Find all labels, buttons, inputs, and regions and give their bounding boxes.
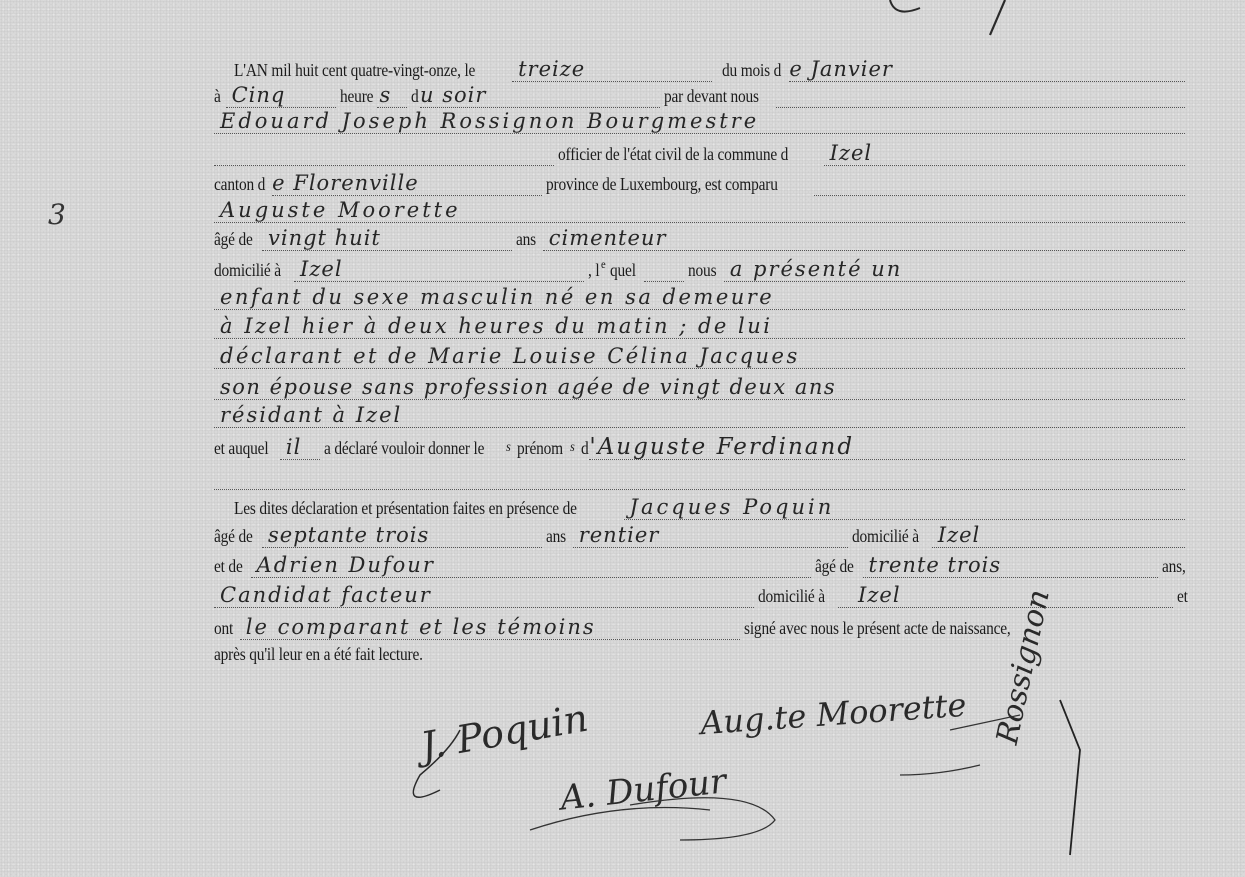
line-given-names: et auquel il a déclaré vouloir donner le… [214, 434, 1189, 460]
printed-text: du mois d [722, 60, 781, 82]
printed-text: âgé de [815, 556, 854, 578]
signature-flourish [380, 690, 1140, 877]
field-witness-1-name: Jacques Poquin [624, 493, 1185, 520]
field-narrative: déclarant et de Marie Louise Célina Jacq… [214, 342, 1185, 369]
printed-text: ont [214, 618, 233, 640]
field-blank [214, 139, 554, 166]
field-profession: cimenteur [543, 224, 1185, 251]
line-witness-intro: Les dites déclaration et présentation fa… [234, 494, 1189, 520]
margin-act-number: 3 [48, 198, 66, 231]
line-narrative-2: à Izel hier à deux heures du matin ; de … [214, 313, 1189, 339]
line-witness-2: et de Adrien Dufour âgé de trente trois … [214, 552, 1189, 578]
field-age: vingt huit [262, 224, 512, 251]
line-declarant-age: âgé de vingt huit ans cimenteur [214, 225, 1189, 251]
field-narrative: résidant à Izel [214, 401, 1185, 428]
field-commune: Izel [824, 139, 1185, 166]
field-blank [214, 463, 1185, 490]
field-declarant-name: Auguste Moorette [214, 196, 1185, 223]
line-blank [214, 464, 1189, 490]
line-declarant: Auguste Moorette [214, 197, 1189, 223]
line-witness-1: âgé de septante trois ans rentier domici… [214, 522, 1189, 548]
field-blank [776, 81, 1185, 108]
printed-text: domicilié à [214, 260, 281, 282]
printed-text: à [214, 86, 221, 108]
line-commune: officier de l'état civil de la commune d… [214, 140, 1189, 166]
printed-text: quel [610, 260, 636, 282]
printed-text: âgé de [214, 526, 253, 548]
printed-text: et auquel [214, 438, 268, 460]
line-canton: canton d e Florenville province de Luxem… [214, 170, 1189, 196]
printed-text: officier de l'état civil de la commune d [558, 144, 788, 166]
field-month: e Janvier [789, 55, 1185, 82]
printed-text: domicilié à [852, 526, 919, 548]
field-pronoun: il [280, 433, 320, 460]
printed-text: heure [340, 86, 373, 108]
printed-text: domicilié à [758, 586, 825, 608]
field-blank [814, 169, 1185, 196]
line-time: à Cinq heure s d u soir par devant nous [214, 82, 1189, 108]
line-officer-name: Edouard Joseph Rossignon Bourgmestre [214, 108, 1189, 134]
field-blank [644, 255, 684, 282]
field-witness-2-profession: Candidat facteur [214, 581, 754, 608]
field-canton: e Florenville [272, 169, 542, 196]
field-witness-1-profession: rentier [573, 521, 848, 548]
field-officer-name: Edouard Joseph Rossignon Bourgmestre [214, 107, 1185, 134]
field-day: treize [512, 55, 712, 82]
field-hour: Cinq [226, 81, 336, 108]
printed-text: signé avec nous le présent acte de naiss… [744, 618, 1011, 640]
field-witness-2-age: trente trois [863, 551, 1159, 578]
field-narrative: enfant du sexe masculin né en sa demeure [214, 283, 1185, 310]
field-time-of-day: u soir [420, 81, 660, 108]
handwritten-insert: s [570, 438, 575, 460]
field-domicile: Izel [294, 255, 584, 282]
printed-text: nous [688, 260, 716, 282]
field-witness-1-age: septante trois [262, 521, 542, 548]
printed-text: prénom [517, 438, 563, 460]
printed-text: âgé de [214, 229, 253, 251]
printed-text: et de [214, 556, 243, 578]
printed-text: d [411, 86, 419, 108]
field-given-names: 'Auguste Ferdinand [589, 433, 1185, 460]
line-narrative-4: son épouse sans profession agée de vingt… [214, 374, 1189, 400]
field-narrative: son épouse sans profession agée de vingt… [214, 373, 1185, 400]
line-narrative-1: enfant du sexe masculin né en sa demeure [214, 284, 1189, 310]
field-witness-1-domicile: Izel [932, 521, 1185, 548]
printed-text: après qu'il leur en a été fait lecture. [214, 644, 423, 666]
printed-text: Les dites déclaration et présentation fa… [234, 498, 577, 520]
field-signers: le comparant et les témoins [240, 613, 740, 640]
printed-text: province de Luxembourg, est comparu [546, 174, 778, 196]
line-narrative-5: résidant à Izel [214, 402, 1189, 428]
printed-text: ans [516, 229, 536, 251]
handwritten-insert: e [601, 254, 606, 282]
printed-text: L'AN mil huit cent quatre-vingt-onze, le [234, 60, 475, 82]
field-narrative: à Izel hier à deux heures du matin ; de … [214, 312, 1185, 339]
printed-text: ans, [1162, 556, 1186, 578]
birth-certificate-page: 3 L'AN mil huit cent quatre-vingt-onze, … [0, 0, 1245, 877]
printed-text: d [581, 438, 589, 460]
field-hour-suffix: s [377, 81, 407, 108]
field-witness-2-domicile: Izel [838, 581, 1173, 608]
handwritten-insert: s [506, 438, 511, 460]
printed-text: a déclaré vouloir donner le [324, 438, 484, 460]
field-witness-2-name: Adrien Dufour [251, 551, 811, 578]
line-date: L'AN mil huit cent quatre-vingt-onze, le… [234, 56, 1189, 82]
printed-text: , l [588, 260, 599, 282]
printed-text: et [1177, 586, 1188, 608]
printed-text: ans [546, 526, 566, 548]
printed-text: par devant nous [664, 86, 759, 108]
line-domicile: domicilié à Izel , l e quel nous a prése… [214, 256, 1189, 282]
line-narrative-3: déclarant et de Marie Louise Célina Jacq… [214, 343, 1189, 369]
top-ink-stroke [880, 0, 1020, 45]
field-presented: a présenté un [724, 255, 1185, 282]
printed-text: canton d [214, 174, 265, 196]
